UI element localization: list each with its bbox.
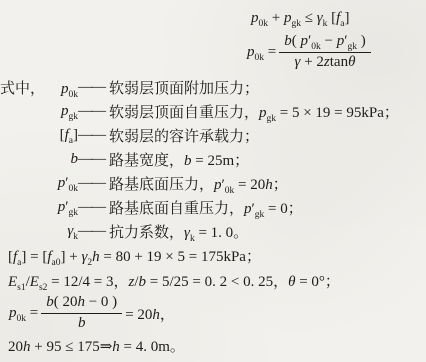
definition-description: 软弱层的容许承载力； <box>109 125 259 146</box>
definition-prefix: 式中， <box>0 77 45 98</box>
definition-symbol: p′0k <box>58 175 78 192</box>
definition-description: 路基底面压力，p′0k = 20h； <box>109 173 288 194</box>
fraction-denominator: γ + 2ztanθ <box>295 53 356 71</box>
definition-symbol: [fa] <box>60 127 78 144</box>
def-gamma-k: γk——抗力系数，γk = 1. 0。 <box>0 219 426 243</box>
def-pgk: pgk——软弱层顶面自重压力，pgk = 5 × 19 = 95kPa； <box>0 99 426 123</box>
definition-description: 路基宽度，b = 25m； <box>109 149 249 170</box>
definition-term: [fa] <box>0 127 78 144</box>
definition-term: 式中，p0k <box>0 77 78 98</box>
def-p0k-prime: p′0k——路基底面压力，p′0k = 20h； <box>0 171 426 195</box>
math-text: p0k = <box>9 305 38 322</box>
def-pgk-prime: p′gk——路基底面自重压力，p′gk = 0； <box>0 195 426 219</box>
fraction-numerator: b( p′0k − p′gk ) <box>279 33 371 52</box>
calc-modulus-ratio: Es1/Es2 = 12/4 = 3，z/b = 5/25 = 0. 2 < 0… <box>8 268 426 293</box>
definition-symbol: p0k <box>61 81 78 98</box>
fraction-denominator: b <box>78 314 86 332</box>
math-text: 20h + 95 ≤ 175⇒h = 4. 0m。 <box>8 335 185 356</box>
math-text: Es1/Es2 = 12/4 = 3，z/b = 5/25 = 0. 2 < 0… <box>8 270 340 291</box>
definition-term: p′gk <box>0 199 78 216</box>
definition-term: γk <box>0 223 78 240</box>
math-text: p0k = <box>247 44 276 61</box>
calc-final-result: 20h + 95 ≤ 175⇒h = 4. 0m。 <box>8 333 426 358</box>
fraction: b( 20h − 0 )b <box>41 294 122 332</box>
math-text: p0k + pgk ≤ γk [fa] <box>251 10 350 26</box>
definition-dash: —— <box>78 199 109 216</box>
definition-symbol: b <box>71 151 79 168</box>
def-p0k: 式中，p0k——软弱层顶面附加压力； <box>0 75 426 99</box>
definition-description: 软弱层顶面附加压力； <box>109 77 259 98</box>
definition-description: 抗力系数，γk = 1. 0。 <box>109 221 248 242</box>
definition-symbol: γk <box>67 223 78 240</box>
definition-dash: —— <box>78 223 109 240</box>
definition-dash: —— <box>78 151 109 168</box>
fraction-numerator: b( 20h − 0 ) <box>41 294 122 313</box>
definition-symbol: p′gk <box>58 199 78 216</box>
calc-allowable-bearing: [fa] = [fa0] + γ2h = 80 + 19 × 5 = 175kP… <box>8 243 426 268</box>
definition-description: 软弱层顶面自重压力，pgk = 5 × 19 = 95kPa； <box>109 101 399 122</box>
math-text: [fa] = [fa0] + γ2h = 80 + 19 × 5 = 175kP… <box>8 245 261 266</box>
definition-dash: —— <box>78 127 109 144</box>
definition-term: p′0k <box>0 175 78 192</box>
document-page: p0k + pgk ≤ γk [fa]p0k = b( p′0k − p′gk … <box>0 0 426 362</box>
definition-dash: —— <box>78 103 109 120</box>
definition-dash: —— <box>78 175 109 192</box>
math-text: = 20h， <box>125 303 175 324</box>
definition-description: 路基底面自重压力，p′gk = 0； <box>109 197 303 218</box>
fraction: b( p′0k − p′gk )γ + 2ztanθ <box>279 33 371 71</box>
definition-symbol: pgk <box>61 103 78 120</box>
calc-p0k-value: p0k = b( 20h − 0 )b = 20h， <box>9 293 426 333</box>
definition-term: pgk <box>0 103 78 120</box>
eq-bearing-constraint: p0k + pgk ≤ γk [fa] <box>251 0 426 29</box>
def-b: b——路基宽度，b = 25m； <box>0 147 426 171</box>
def-fa: [fa]——软弱层的容许承载力； <box>0 123 426 147</box>
eq-p0k-definition: p0k = b( p′0k − p′gk )γ + 2ztanθ <box>247 29 426 75</box>
definition-term: b <box>0 151 78 168</box>
definition-dash: —— <box>78 79 109 96</box>
